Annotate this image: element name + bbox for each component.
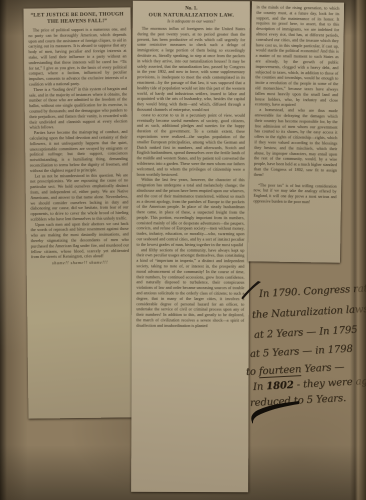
clipping-paragraph: Parties have become the mainspring of co… xyxy=(29,129,128,173)
note-year-emphasized: 1802 xyxy=(266,380,294,392)
handwritten-note-line: the Naturalization laws xyxy=(252,304,366,321)
handwritten-note-line: to fourteen Years — xyxy=(246,362,345,378)
article-number: No. 1. xyxy=(137,5,245,11)
newspaper-clipping-left: “LET JUSTICE BE DONE, THOUGH THE HEAVENS… xyxy=(23,7,135,418)
handwritten-note-line: at 2 Years — In 1795 xyxy=(254,325,358,341)
scrapbook-page: “LET JUSTICE BE DONE, THOUGH THE HEAVENS… xyxy=(0,0,366,500)
clipping-paragraph: cease to accrue to us in a pecuniary poi… xyxy=(137,113,245,178)
clipping-paragraph: The price of political support is a nume… xyxy=(28,27,127,88)
newspaper-clipping-right: in the minds of the rising generation, t… xyxy=(248,1,344,262)
clipping-middle-text-block: No. 1. OUR NATURALIZATION LAW. Is it ade… xyxy=(131,1,250,492)
article-subtitle: Is it adequate to our wants? xyxy=(137,18,245,24)
clipping-paragraph: Within the last few years, however, the … xyxy=(136,177,244,248)
note-line5-pre: to xyxy=(246,366,259,378)
note-line5-post: Years — xyxy=(301,362,345,375)
clipping-quote-paragraph: “The poor tax” is of but trifling consid… xyxy=(253,183,336,206)
clipping-paragraph: a homestead, and who are thus made answe… xyxy=(254,107,338,178)
handwritten-note-line: reduced to 5 Years. xyxy=(250,393,347,409)
clipping-paragraph: and filthy sections of the community, ha… xyxy=(136,248,244,329)
newspaper-clipping-middle: No. 1. OUR NATURALIZATION LAW. Is it ade… xyxy=(131,1,250,492)
page-edge-shadow xyxy=(350,0,366,500)
clipping-left-headline: “LET JUSTICE BE DONE, THOUGH THE HEAVENS… xyxy=(28,11,126,25)
clipping-closing-exclamation: shame!! shame!! shame!!! xyxy=(31,260,129,267)
clipping-paragraph: in the minds of the rising generation, t… xyxy=(255,5,340,109)
handwritten-note-line: In 1802 - they were again xyxy=(253,375,366,393)
clipping-left-text-block: “LET JUSTICE BE DONE, THOUGH THE HEAVENS… xyxy=(23,7,135,418)
handwritten-note-line: at 5 Years — in 1798 xyxy=(250,344,353,360)
clipping-paragraph: There is a “boding devil” in this system… xyxy=(29,86,128,130)
clipping-paragraph: Let us not be misunderstood in this ques… xyxy=(30,173,129,223)
note-underlined-word: fourteen xyxy=(259,364,302,378)
note-line6-pre: In xyxy=(253,381,267,393)
clipping-right-text-block: in the minds of the rising generation, t… xyxy=(248,1,344,262)
headline-line-2: THE HEAVENS FALL!” xyxy=(28,17,126,25)
clipping-paragraph: Upon such men and upon their abettors we… xyxy=(31,221,129,260)
clipping-paragraph: The enormous influx of foreigners into t… xyxy=(137,26,245,113)
